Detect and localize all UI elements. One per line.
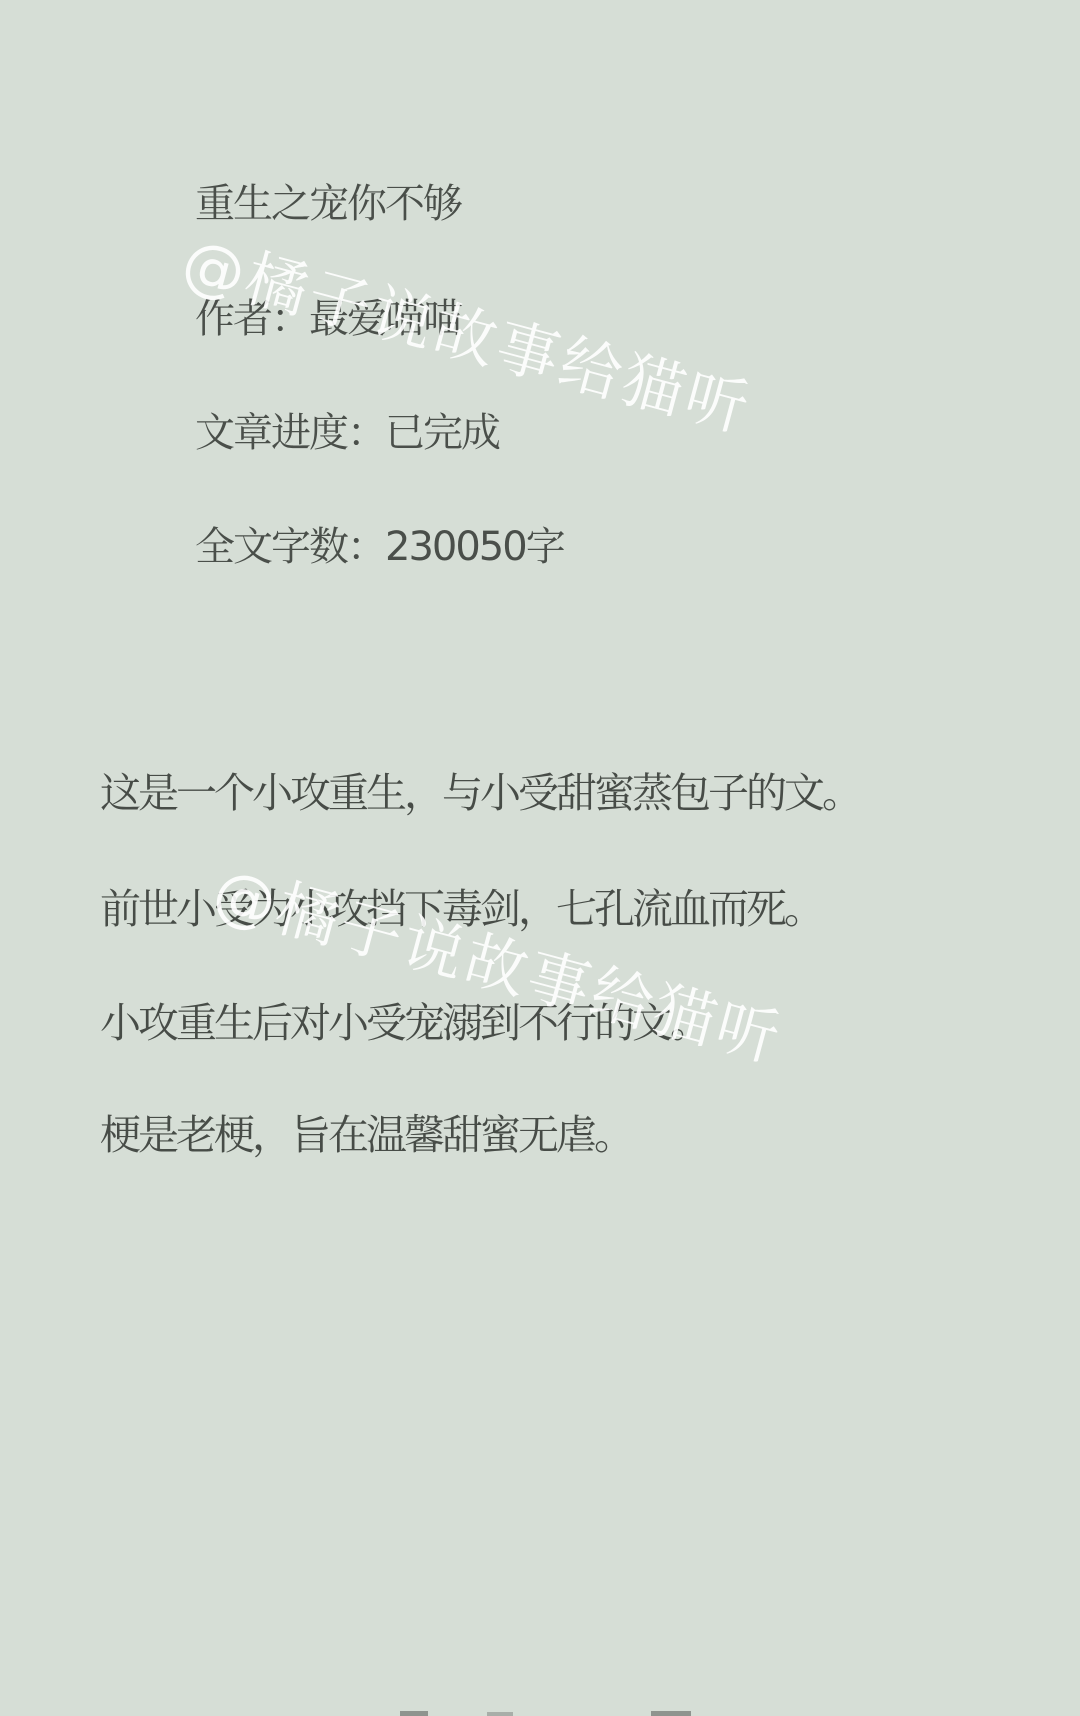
description-paragraph-3: 小攻重生后对小受宠溺到不行的文。: [100, 1003, 708, 1044]
cropped-next-line-fragment: [487, 1712, 513, 1716]
cropped-next-line-fragment: [651, 1711, 691, 1716]
description-paragraph-4: 梗是老梗，旨在温馨甜蜜无虐。: [100, 1115, 632, 1156]
book-word-count: 全文字数：230050字: [195, 527, 564, 567]
description-paragraph-2: 前世小受为小攻挡下毒剑，七孔流血而死。: [100, 889, 822, 930]
book-title: 重生之宠你不够: [195, 184, 461, 224]
book-progress-status: 文章进度：已完成: [195, 413, 499, 453]
cropped-next-line-fragment: [400, 1711, 428, 1716]
novel-info-page: @橘子说故事给猫听 @橘子说故事给猫听 重生之宠你不够 作者：最爱喵喵 文章进度…: [0, 0, 1080, 1716]
book-author: 作者：最爱喵喵: [195, 299, 461, 339]
description-paragraph-1: 这是一个小攻重生，与小受甜蜜蒸包子的文。: [100, 773, 860, 814]
